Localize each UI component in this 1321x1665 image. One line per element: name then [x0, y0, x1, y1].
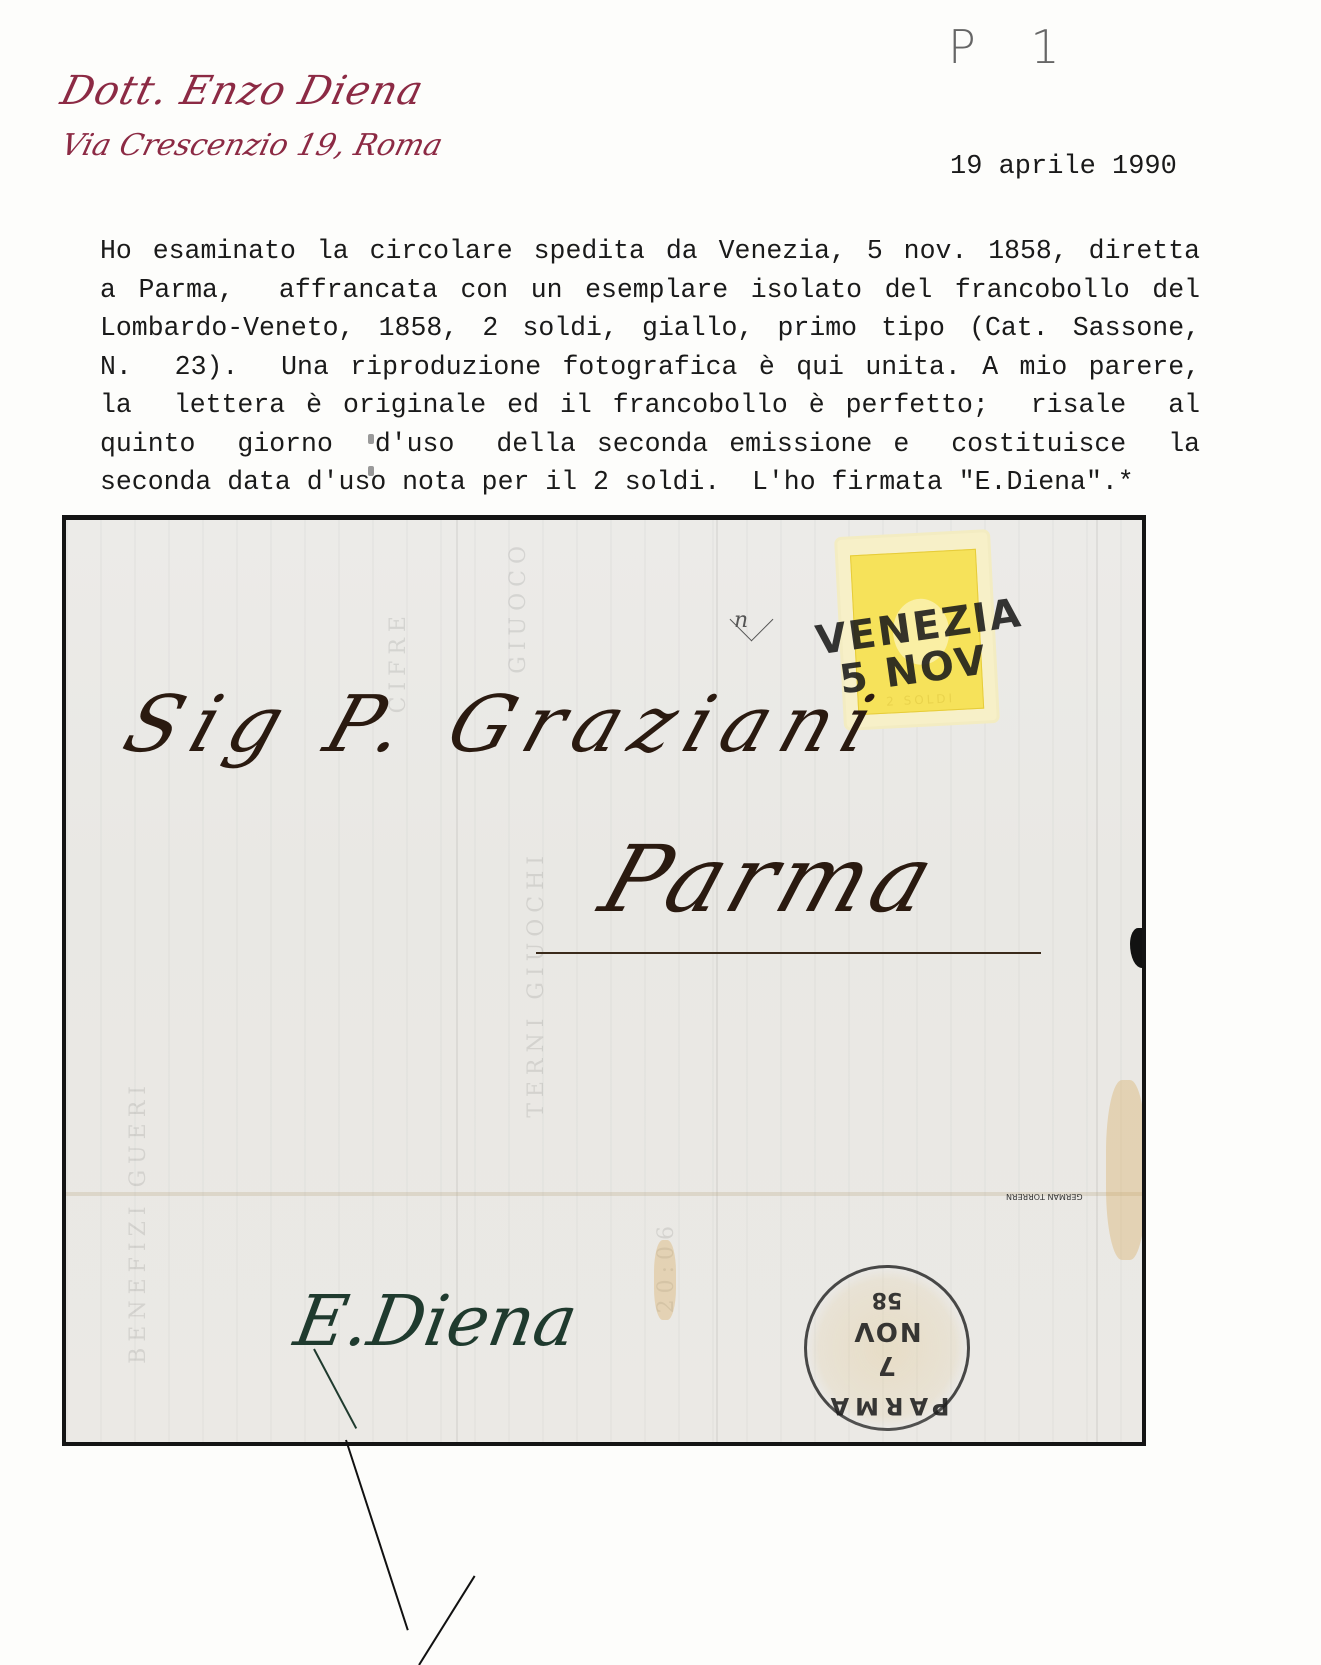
- certificate-line: Lombardo-Veneto, 1858, 2 soldi, giallo, …: [100, 309, 1200, 348]
- postmark-day: 7: [807, 1350, 967, 1380]
- postmark-year: 58: [807, 1287, 967, 1312]
- parma-postmark: PARMA 7 NOV 58: [804, 1265, 970, 1431]
- small-print: GERMAN TORRERN: [1006, 1192, 1083, 1201]
- fold-line: [716, 520, 718, 1442]
- certificate-date: 19 aprile 1990: [950, 152, 1177, 182]
- reference-mark: P 1: [948, 20, 1080, 74]
- address-underline: [536, 952, 1041, 954]
- certificate-line: N. 23). Una riproduzione fotografica è q…: [100, 348, 1200, 387]
- signature-stroke: [345, 1440, 409, 1631]
- stain: [1106, 1080, 1146, 1260]
- paper-speck: [368, 466, 374, 476]
- fold-line: [66, 1192, 1142, 1196]
- show-through-text: GIUOCO: [506, 540, 531, 674]
- pen-mark: n: [734, 608, 748, 633]
- certificate-line: la lettera è originale ed il francobollo…: [100, 386, 1200, 425]
- postmark-city: PARMA: [807, 1392, 967, 1420]
- certificate-body: Ho esaminato la circolare spedita da Ven…: [100, 232, 1200, 502]
- fold-line: [1096, 520, 1098, 1442]
- letterhead-name: Dott. Enzo Diena: [56, 68, 428, 114]
- show-through-text: BENEFIZI GUERI: [126, 1080, 151, 1364]
- letter-photograph: GIUOCO TERNI GIUOCHI CIFRE 20:06 BENEFIZ…: [62, 515, 1146, 1446]
- signature-stroke: [418, 1575, 475, 1665]
- show-through-text: TERNI GIUOCHI: [524, 850, 549, 1118]
- postmark-month: NOV: [807, 1316, 967, 1346]
- certificate-line: a Parma, affrancata con un esemplare iso…: [100, 271, 1200, 310]
- paper-speck: [368, 434, 374, 444]
- certificate-line: seconda data d'uso nota per il 2 soldi. …: [100, 463, 1200, 502]
- certificate-line: quinto giorno d'uso della seconda emissi…: [100, 425, 1200, 464]
- stain: [654, 1240, 676, 1320]
- letterhead-address: Via Crescenzio 19, Roma: [58, 128, 446, 163]
- addressee-name: Sig P. Graziani: [113, 680, 895, 770]
- paper-tear: [1130, 928, 1146, 968]
- certificate-line: Ho esaminato la circolare spedita da Ven…: [100, 232, 1200, 271]
- addressee-city: Parma: [589, 826, 952, 933]
- expert-signature: E.Diena: [289, 1280, 584, 1362]
